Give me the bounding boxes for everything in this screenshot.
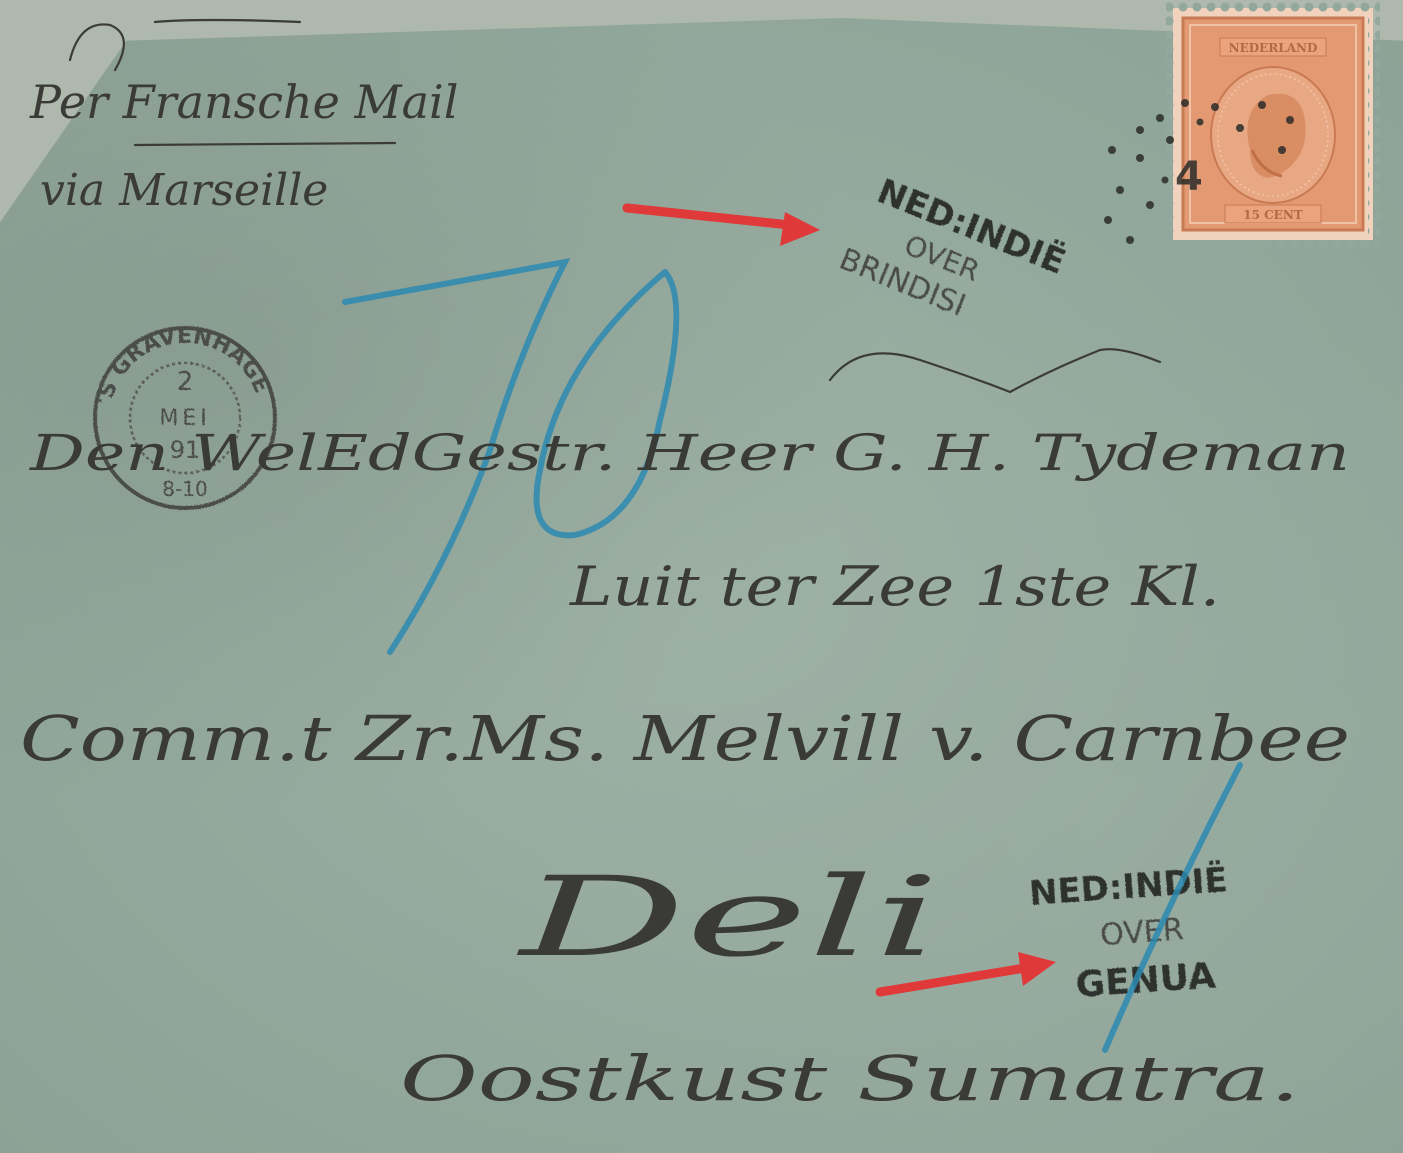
handstamp-line1: NED:INDIË <box>1028 859 1229 914</box>
envelope-photo: NEDERLAND 15 CENT 4 NED:INDIË <box>0 0 1403 1153</box>
address-line1: Den WelEdGestr. Heer G. H. Tydeman <box>29 424 1350 482</box>
cancel-number: 4 <box>1175 154 1203 200</box>
postage-stamp: NEDERLAND 15 CENT <box>1166 2 1380 248</box>
routing-line1: Per Fransche Mail <box>29 75 458 129</box>
underline <box>135 143 395 145</box>
address-line2: Luit ter Zee 1ste Kl. <box>569 555 1220 618</box>
stamp-country: NEDERLAND <box>1229 41 1318 55</box>
address-line5: Oostkust Sumatra. <box>400 1042 1300 1115</box>
address-line3: Comm.t Zr.Ms. Melvill v. Carnbee <box>20 702 1350 775</box>
cds-day: 2 <box>177 367 194 397</box>
due-value: 70 <box>0 0 2 1</box>
blue-stroke-mark <box>1105 765 1240 1050</box>
address-line4: Deli <box>516 853 940 981</box>
handstamp-line2: OVER <box>1099 912 1185 953</box>
red-arrow-brindisi <box>627 208 820 246</box>
envelope-markings: NEDERLAND 15 CENT 4 NED:INDIË <box>0 0 1403 1153</box>
stamp-value: 15 CENT <box>1243 208 1303 222</box>
routing-instruction: Per Fransche Mail via Marseille <box>29 20 458 216</box>
route-handstamp-brindisi: NED:INDIË OVER BRINDISI <box>834 167 1071 353</box>
routing-line2: via Marseille <box>40 165 328 216</box>
address-block: Den WelEdGestr. Heer G. H. Tydeman Luit … <box>20 424 1350 1115</box>
flourish <box>830 349 1160 392</box>
